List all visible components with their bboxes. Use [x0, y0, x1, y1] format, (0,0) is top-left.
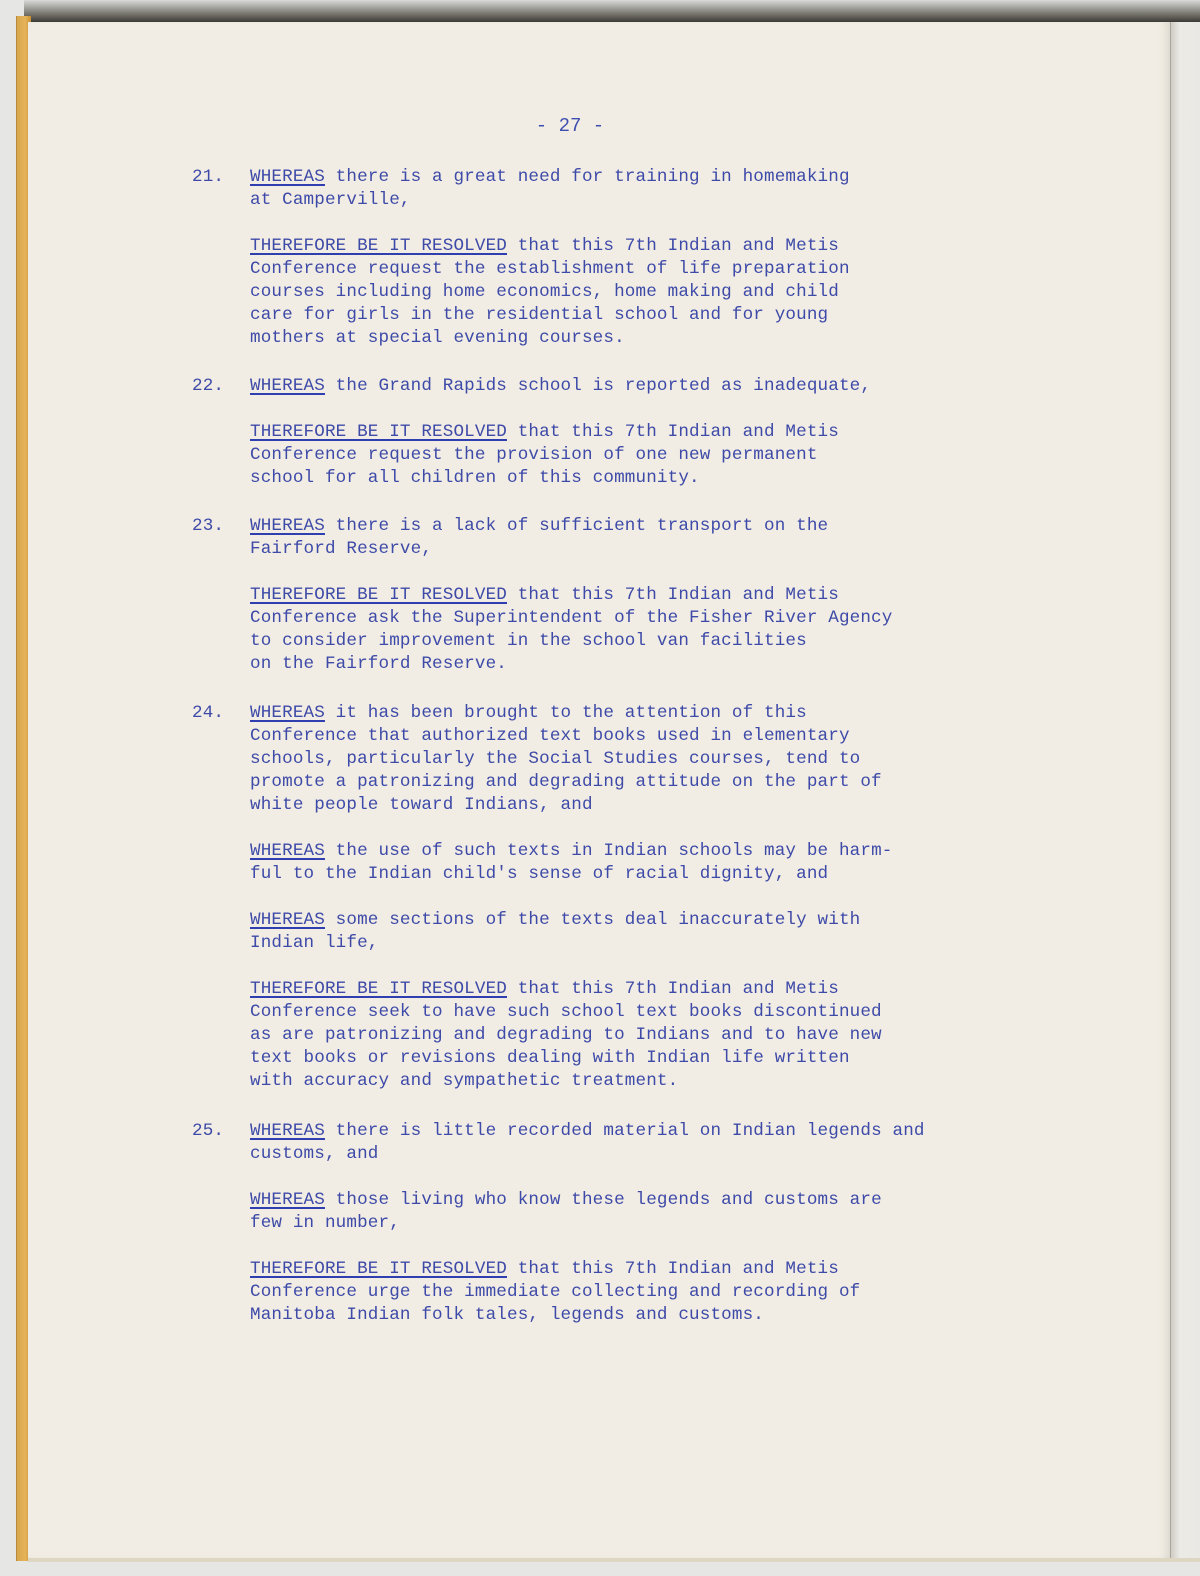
clause-keyword: THEREFORE BE IT RESOLVED: [250, 236, 507, 256]
clause-keyword: THEREFORE BE IT RESOLVED: [250, 1259, 507, 1279]
clause-keyword: WHEREAS: [250, 516, 325, 536]
clause-keyword: WHEREAS: [250, 910, 325, 930]
clause-keyword: THEREFORE BE IT RESOLVED: [250, 585, 507, 605]
clause-text: it has been brought to the attention of …: [250, 703, 882, 815]
clause-keyword: WHEREAS: [250, 841, 325, 861]
clause-keyword: WHEREAS: [250, 376, 325, 396]
next-page-edge: [1170, 22, 1200, 1558]
clause-keyword: WHEREAS: [250, 1190, 325, 1210]
clause-keyword: WHEREAS: [250, 1121, 325, 1141]
resolved-clause: THEREFORE BE IT RESOLVED that this 7th I…: [250, 1258, 1030, 1327]
page-number: - 27 -: [520, 115, 620, 137]
resolution-number: 25.: [192, 1120, 242, 1143]
clause-text: the use of such texts in Indian schools …: [250, 841, 893, 884]
clause-keyword: WHEREAS: [250, 167, 325, 187]
clause-keyword: THEREFORE BE IT RESOLVED: [250, 422, 507, 442]
whereas-clause: WHEREAS the Grand Rapids school is repor…: [250, 375, 1030, 398]
resolved-clause: THEREFORE BE IT RESOLVED that this 7th I…: [250, 235, 1030, 350]
resolved-clause: THEREFORE BE IT RESOLVED that this 7th I…: [250, 584, 1030, 676]
scan-top-shadow: [24, 0, 1200, 22]
whereas-clause: WHEREAS it has been brought to the atten…: [250, 702, 1030, 817]
whereas-clause: WHEREAS there is a great need for traini…: [250, 166, 1030, 212]
clause-text: there is a lack of sufficient transport …: [250, 516, 828, 559]
resolved-clause: THEREFORE BE IT RESOLVED that this 7th I…: [250, 978, 1030, 1093]
whereas-clause: WHEREAS the use of such texts in Indian …: [250, 840, 1030, 886]
resolution-number: 21.: [192, 166, 242, 189]
clause-text: there is little recorded material on Ind…: [250, 1121, 925, 1164]
clause-text: some sections of the texts deal inaccura…: [250, 910, 860, 953]
clause-keyword: THEREFORE BE IT RESOLVED: [250, 979, 507, 999]
clause-text: the Grand Rapids school is reported as i…: [325, 376, 871, 396]
page-bottom-edge: [28, 1558, 1200, 1562]
resolved-clause: THEREFORE BE IT RESOLVED that this 7th I…: [250, 421, 1030, 490]
clause-keyword: WHEREAS: [250, 703, 325, 723]
whereas-clause: WHEREAS those living who know these lege…: [250, 1189, 1030, 1235]
resolution-number: 23.: [192, 515, 242, 538]
clause-text: those living who know these legends and …: [250, 1190, 882, 1233]
whereas-clause: WHEREAS there is little recorded materia…: [250, 1120, 1030, 1166]
clause-text: there is a great need for training in ho…: [250, 167, 850, 210]
resolution-number: 24.: [192, 702, 242, 725]
resolution-number: 22.: [192, 375, 242, 398]
whereas-clause: WHEREAS there is a lack of sufficient tr…: [250, 515, 1030, 561]
whereas-clause: WHEREAS some sections of the texts deal …: [250, 909, 1030, 955]
